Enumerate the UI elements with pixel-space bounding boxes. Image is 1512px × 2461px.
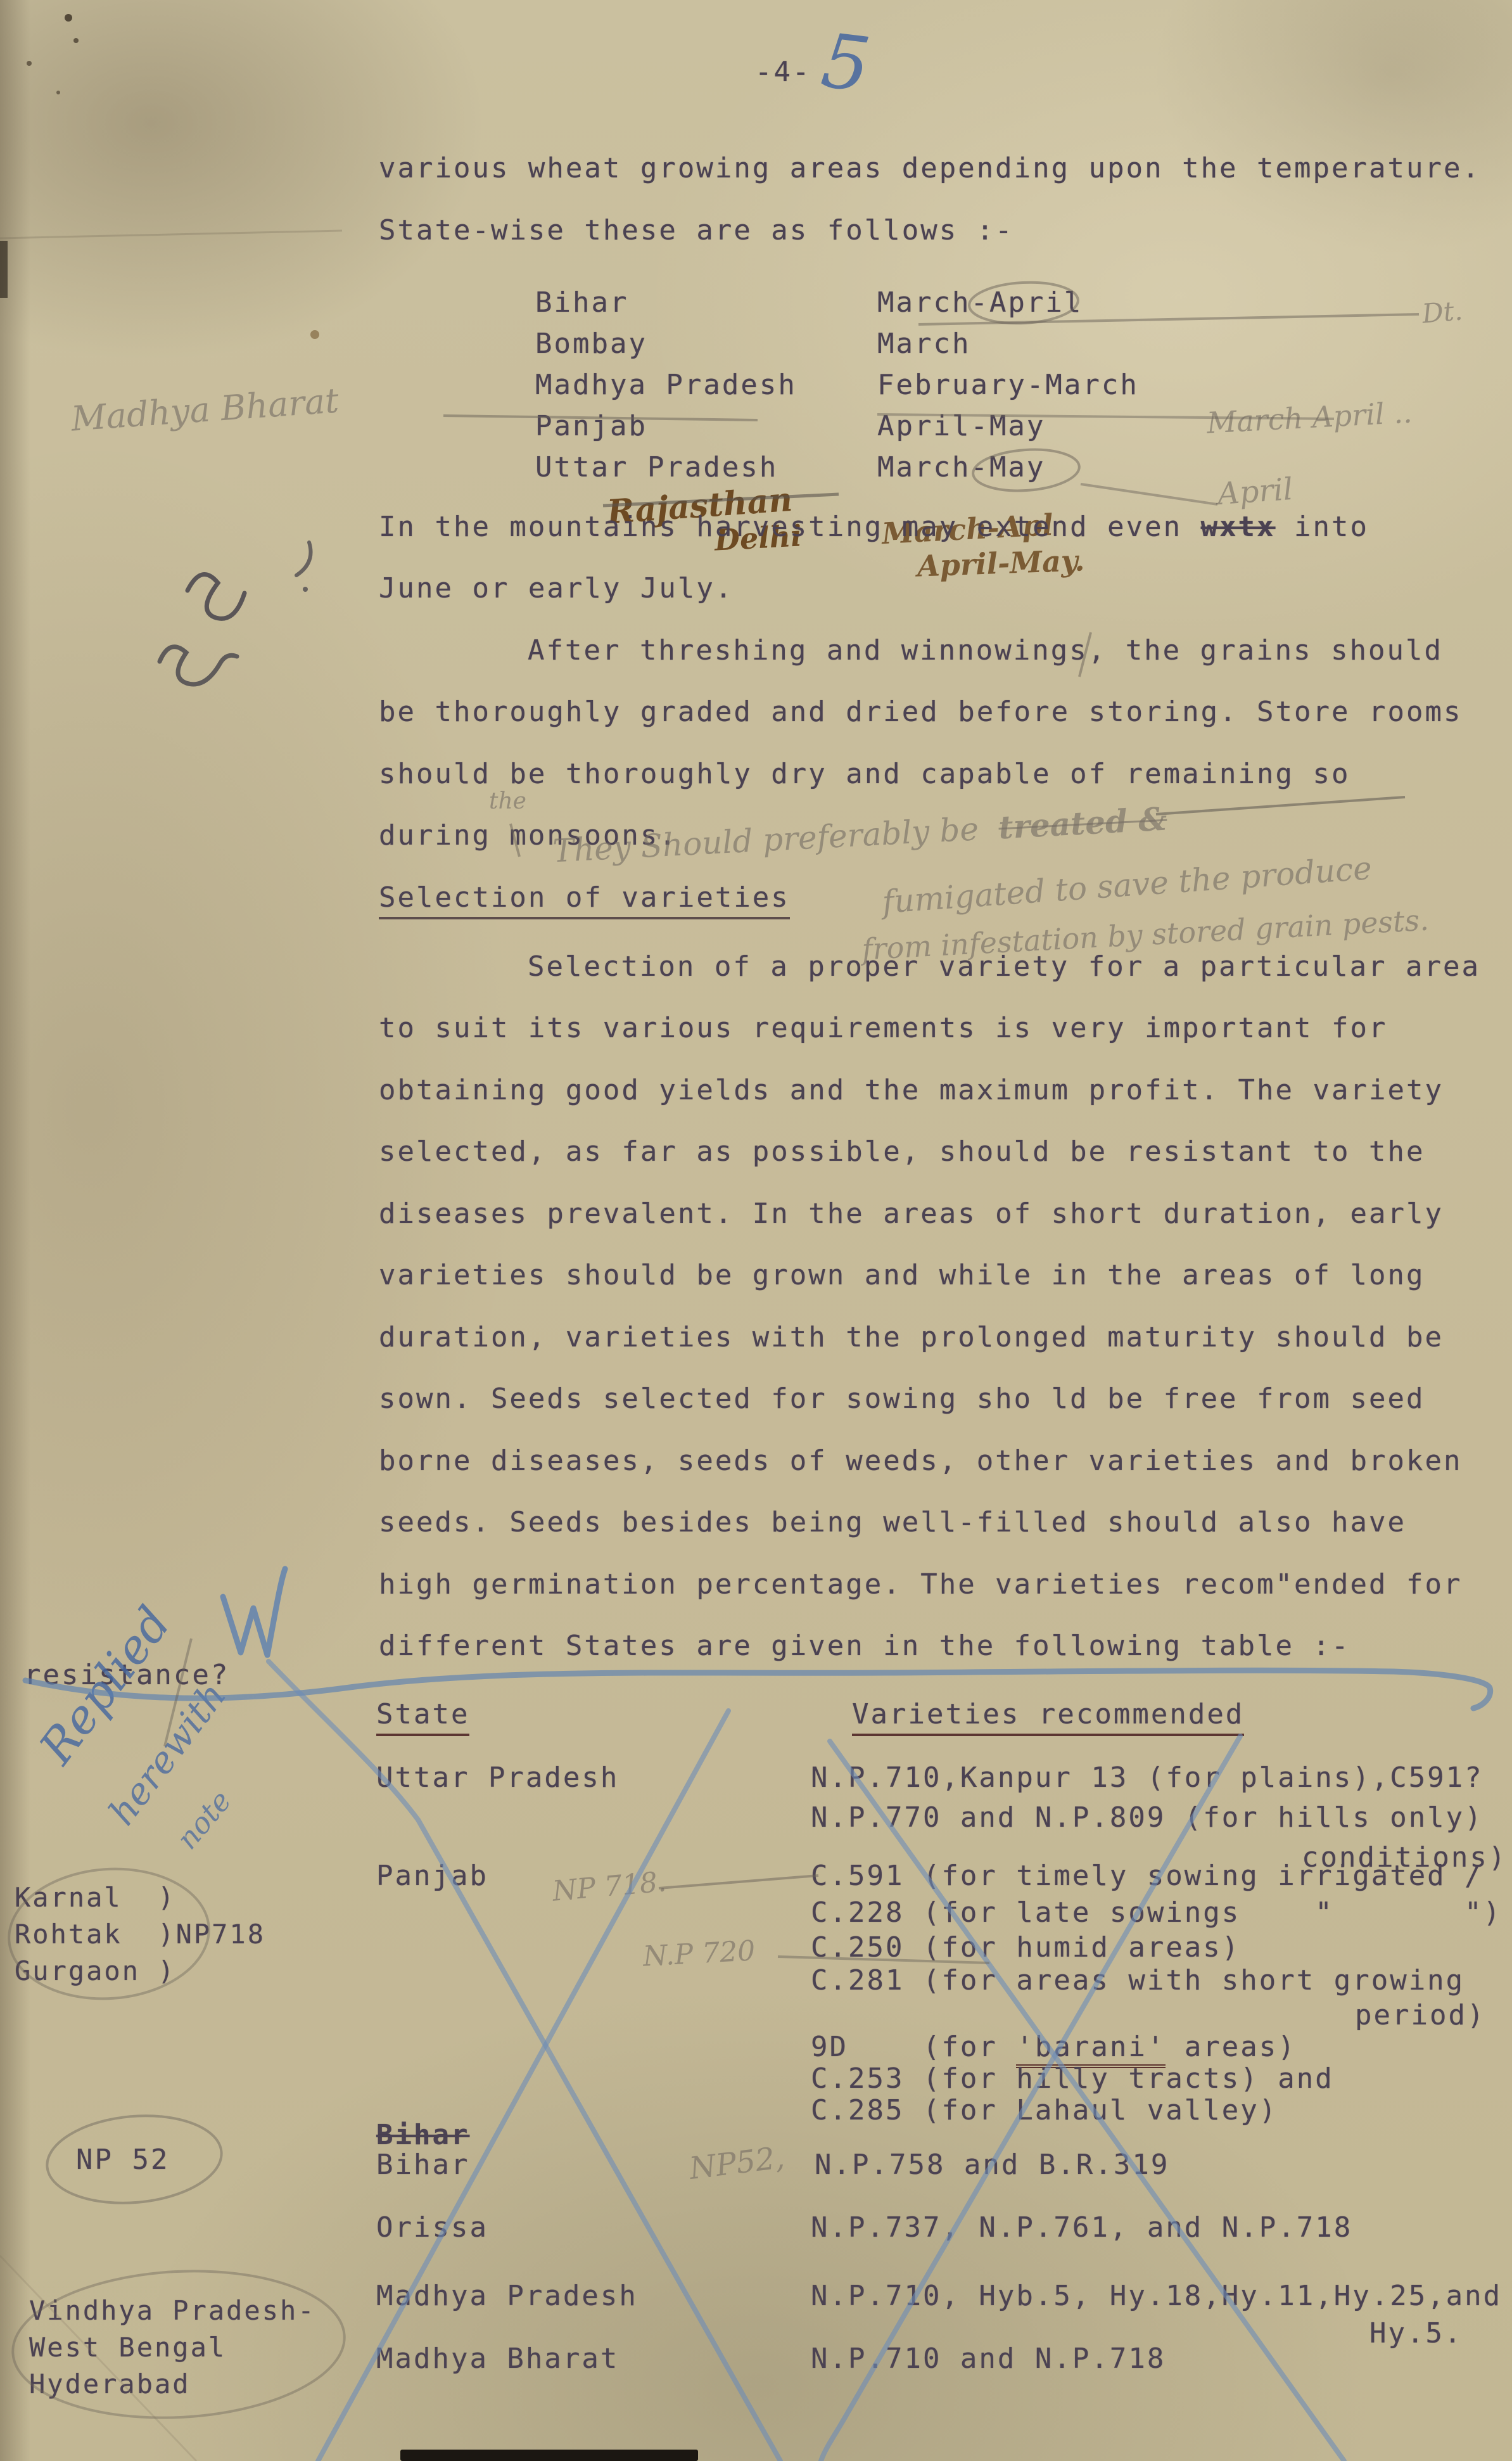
intro-line-1: various wheat growing areas depending up… [379,152,1481,184]
april-may-ink-note: April-May. [917,543,1085,583]
schedule-months: April-May [877,410,1045,442]
dt-pencil-note: Dt. [1421,295,1464,329]
table-cell: C.281 (for areas with short growing [811,1964,1464,1997]
para-line: selected, as far as possible, should be … [379,1135,1425,1168]
rohtak-note: Rohtak )NP718 [15,1919,265,1950]
vindhya-pradesh-note: Vindhya Pradesh- [29,2295,316,2326]
march-april-pencil-note: March April .. [1206,395,1413,440]
table-cell: N.P.770 and N.P.809 (for hills only) [811,1801,1483,1834]
scan-edge-bar [400,2450,698,2461]
storage-line-1: After threshing and winnowings, the grai… [528,634,1443,667]
mountains-line-1-pre: In the mountains harvesting may extend e… [379,511,1201,543]
para-line: duration, varieties with the prolonged m… [379,1321,1444,1353]
table-cell: N.P.710 and N.P.718 [811,2343,1166,2375]
intro-line-2: State-wise these are as follows :- [379,214,1014,246]
table-cell: C.285 (for Lahaul valley) [811,2094,1278,2126]
document-page: -4- 5 various wheat growing areas depend… [0,0,1512,2461]
karnal-note: Karnal ) [15,1882,176,1913]
schedule-state: Bombay [535,328,647,360]
schedule-months: March-April [877,286,1083,319]
header-state-text: State [376,1698,469,1736]
pencil-insert-the: the [489,788,526,814]
section-heading-text: Selection of varieties [379,881,790,919]
replied-ink-note-3: note [170,1784,238,1856]
april-pencil-note: April [1216,471,1294,512]
para-line: sown. Seeds selected for sowing sho ld b… [379,1383,1425,1415]
para-line: seeds. Seeds besides being well-filled s… [379,1506,1406,1538]
pencil-strike-treated [1156,797,1405,814]
cell-text: areas) [1166,2031,1296,2063]
paper-speck [65,14,72,22]
table-row-state: Panjab [376,1860,488,1892]
table-cell: C.250 (for humid areas) [811,1931,1240,1964]
np52-typed-note: NP 52 [76,2144,169,2176]
table-row-state: Madhya Pradesh [376,2280,638,2312]
paper-speck [56,91,60,94]
table-cell: N.P.710,Kanpur 13 (for plains),C591? [811,1761,1483,1794]
table-row-state: Madhya Bharat [376,2343,619,2375]
paper-speck [27,61,32,66]
table-row-state-struck: Bihar [376,2119,469,2151]
paper-speck [73,38,79,43]
table-row-state: Uttar Pradesh [376,1761,619,1794]
table-cell: N.P.737, N.P.761, and N.P.718 [811,2211,1352,2244]
schedule-state: Madhya Pradesh [535,369,797,401]
illegible-scribble-annotation [160,647,237,684]
storage-line-2: be thoroughly graded and dried before st… [379,696,1462,728]
table-row-state: Bihar [376,2149,469,2181]
para-line: obtaining good yields and the maximum pr… [379,1074,1444,1106]
schedule-months: March-May [877,451,1045,483]
table-cell: Hy.5. [1369,2317,1463,2349]
table-row-state: Orissa [376,2211,488,2244]
schedule-state: Uttar Pradesh [535,451,778,483]
table-cell: 9D (for 'barani' areas) [811,2031,1297,2063]
pencil-line-to-april [1081,484,1217,504]
table-cell: C.253 (for hilly tracts) and [811,2062,1334,2095]
table-cell: period) [1355,1999,1485,2031]
storage-pencil-note-a: They Should preferably be treated & [552,800,1168,870]
table-header-state: State [376,1698,469,1730]
overstruck-word: wxtx [1201,511,1276,543]
mountains-line-1-post: into [1276,511,1369,543]
paper-edge-nick [0,241,8,298]
page-number-typed: -4- [755,56,811,88]
pencil-line-np718 [659,1876,818,1888]
table-cell: N.P.758 and B.R.319 [815,2149,1169,2181]
blue-horizontal-line [25,1670,1490,1708]
gurgaon-note: Gurgaon ) [15,1955,176,1986]
para-line: diseases prevalent. In the areas of shor… [379,1198,1444,1230]
schedule-months: February-March [877,369,1139,401]
blue-check-mark [223,1569,285,1655]
np720-pencil-note: N.P 720 [642,1934,756,1972]
para-line: to suit its various requirements is very… [379,1012,1387,1044]
west-bengal-note: West Bengal [29,2332,226,2363]
mountains-line-2: June or early July. [379,572,734,604]
schedule-state: Bihar [535,286,628,319]
mountains-line-1: In the mountains harvesting may extend e… [379,511,1369,543]
madhya-bharat-pencil-note: Madhya Bharat [70,380,340,438]
para-line: different States are given in the follow… [379,1630,1350,1662]
table-cell: C.228 (for late sowings " ") [811,1896,1502,1929]
table-cell: N.P.710, Hyb.5, Hy.18,Hy.11,Hy.25,and [811,2280,1502,2312]
page-number-handwritten: 5 [817,16,875,109]
table-header-varieties: Varieties recommended [852,1698,1244,1730]
para-line: high germination percentage. The varieti… [379,1568,1462,1601]
para-line: varieties should be grown and while in t… [379,1259,1425,1291]
paper-stain [310,330,319,339]
illegible-scribble-annotation [187,575,245,619]
header-varieties-text: Varieties recommended [852,1698,1244,1736]
table-cell: C.591 (for timely sowing irrigated / [811,1860,1483,1892]
para-line: Selection of a proper variety for a part… [528,950,1480,983]
illegible-scribble-question [296,542,311,575]
schedule-months: March [877,328,970,360]
illegible-scribble-dot [303,587,308,592]
pencil-note-struck: treated & [998,800,1168,847]
np52-pencil-note: NP52, [687,2140,786,2187]
section-heading: Selection of varieties [379,881,790,914]
para-line: borne diseases, seeds of weeds, other va… [379,1445,1462,1477]
paper-crease [0,231,342,238]
cell-text: 9D (for [811,2031,1016,2063]
np718-pencil-note: NP 718. [551,1865,668,1907]
schedule-state: Panjab [535,410,647,442]
hyderabad-note: Hyderabad [29,2368,191,2400]
storage-line-3: should be thoroughly dry and capable of … [379,758,1350,790]
